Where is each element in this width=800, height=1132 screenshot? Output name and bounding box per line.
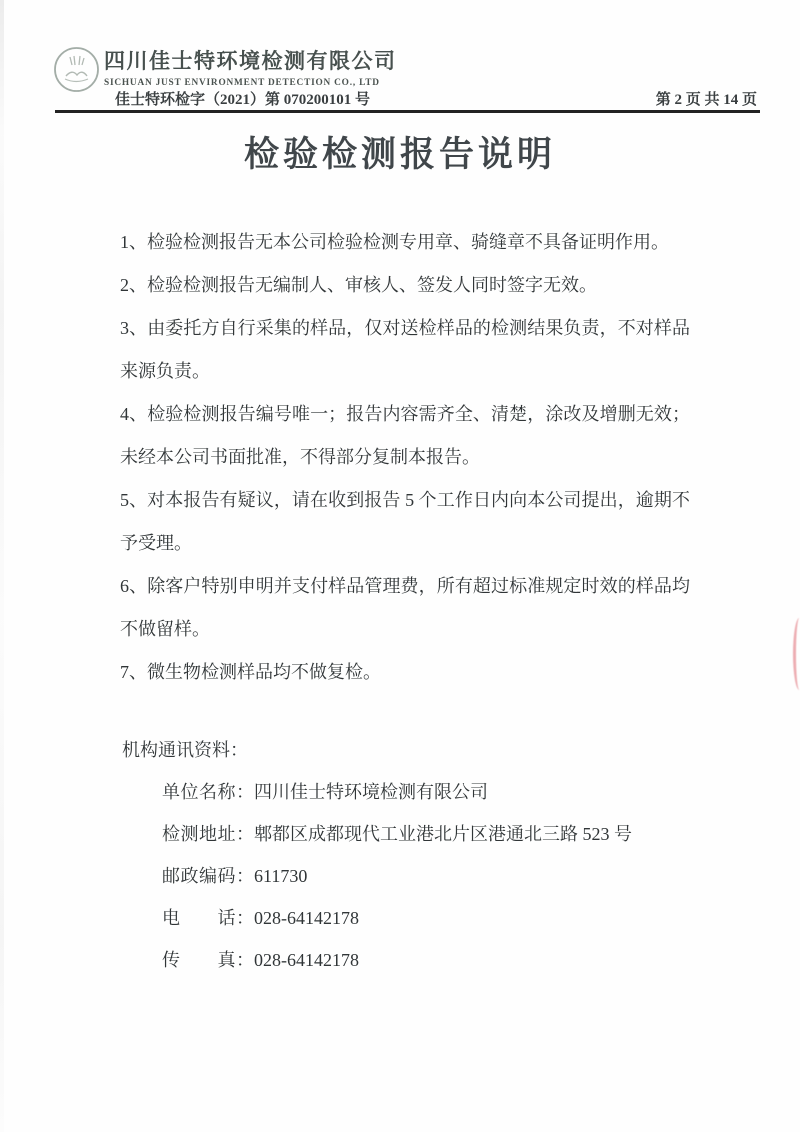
contact-heading: 机构通讯资料： <box>122 729 632 771</box>
contact-info-block: 机构通讯资料： 单位名称：四川佳士特环境检测有限公司 检测地址：郫都区成都现代工… <box>122 729 632 981</box>
seal-icon <box>53 46 100 93</box>
contact-label: 传 真 <box>162 950 236 970</box>
company-block: 四川佳士特环境检测有限公司 SICHUAN JUST ENVIRONMENT D… <box>104 45 397 88</box>
header-meta-line: 佳士特环检字（2021）第 070200101 号 第 2 页 共 14 页 <box>115 88 757 109</box>
note-item-2: 2、检验检测报告无编制人、审核人、签发人同时签字无效。 <box>120 264 690 307</box>
contact-row-phone: 电 话：028-64142178 <box>162 897 632 939</box>
page-title: 检验检测报告说明 <box>0 127 800 177</box>
contact-row-postcode: 邮政编码：611730 <box>162 855 632 897</box>
note-item-6: 6、除客户特别申明并支付样品管理费，所有超过标准规定时效的样品均不做留样。 <box>120 565 690 651</box>
contact-row-fax: 传 真：028-64142178 <box>162 939 632 981</box>
page-number-info: 第 2 页 共 14 页 <box>656 88 757 109</box>
stamp-edge-mark <box>793 618 800 690</box>
notes-list: 1、检验检测报告无本公司检验检测专用章、骑缝章不具备证明作用。 2、检验检测报告… <box>120 221 690 694</box>
report-page: 四川佳士特环境检测有限公司 SICHUAN JUST ENVIRONMENT D… <box>0 0 800 1132</box>
contact-value: 028-64142178 <box>254 950 359 970</box>
contact-colon: ： <box>236 866 254 886</box>
contact-label: 邮政编码 <box>162 866 236 886</box>
company-name-cn: 四川佳士特环境检测有限公司 <box>104 45 397 75</box>
contact-row-company: 单位名称：四川佳士特环境检测有限公司 <box>162 771 632 813</box>
contact-colon: ： <box>236 908 254 928</box>
note-item-1: 1、检验检测报告无本公司检验检测专用章、骑缝章不具备证明作用。 <box>120 221 690 264</box>
contact-value: 四川佳士特环境检测有限公司 <box>254 782 488 802</box>
contact-label: 单位名称 <box>162 782 236 802</box>
contact-value: 028-64142178 <box>254 908 359 928</box>
company-seal-logo <box>53 46 100 93</box>
header-rule <box>55 110 760 113</box>
contact-colon: ： <box>236 782 254 802</box>
note-item-3: 3、由委托方自行采集的样品，仅对送检样品的检测结果负责，不对样品来源负责。 <box>120 307 690 393</box>
note-item-5: 5、对本报告有疑议，请在收到报告 5 个工作日内向本公司提出，逾期不予受理。 <box>120 479 690 565</box>
contact-row-address: 检测地址：郫都区成都现代工业港北片区港通北三路 523 号 <box>162 813 632 855</box>
contact-colon: ： <box>236 824 254 844</box>
contact-label: 电 话 <box>162 908 236 928</box>
contact-rows: 单位名称：四川佳士特环境检测有限公司 检测地址：郫都区成都现代工业港北片区港通北… <box>162 771 632 981</box>
contact-value: 郫都区成都现代工业港北片区港通北三路 523 号 <box>254 824 632 844</box>
report-doc-number: 佳士特环检字（2021）第 070200101 号 <box>115 88 370 109</box>
note-item-7: 7、微生物检测样品均不做复检。 <box>120 651 690 694</box>
contact-value: 611730 <box>254 866 307 886</box>
contact-colon: ： <box>236 950 254 970</box>
note-item-4: 4、检验检测报告编号唯一；报告内容需齐全、清楚，涂改及增删无效；未经本公司书面批… <box>120 393 690 479</box>
contact-label: 检测地址 <box>162 824 236 844</box>
company-name-en: SICHUAN JUST ENVIRONMENT DETECTION CO., … <box>104 78 397 88</box>
